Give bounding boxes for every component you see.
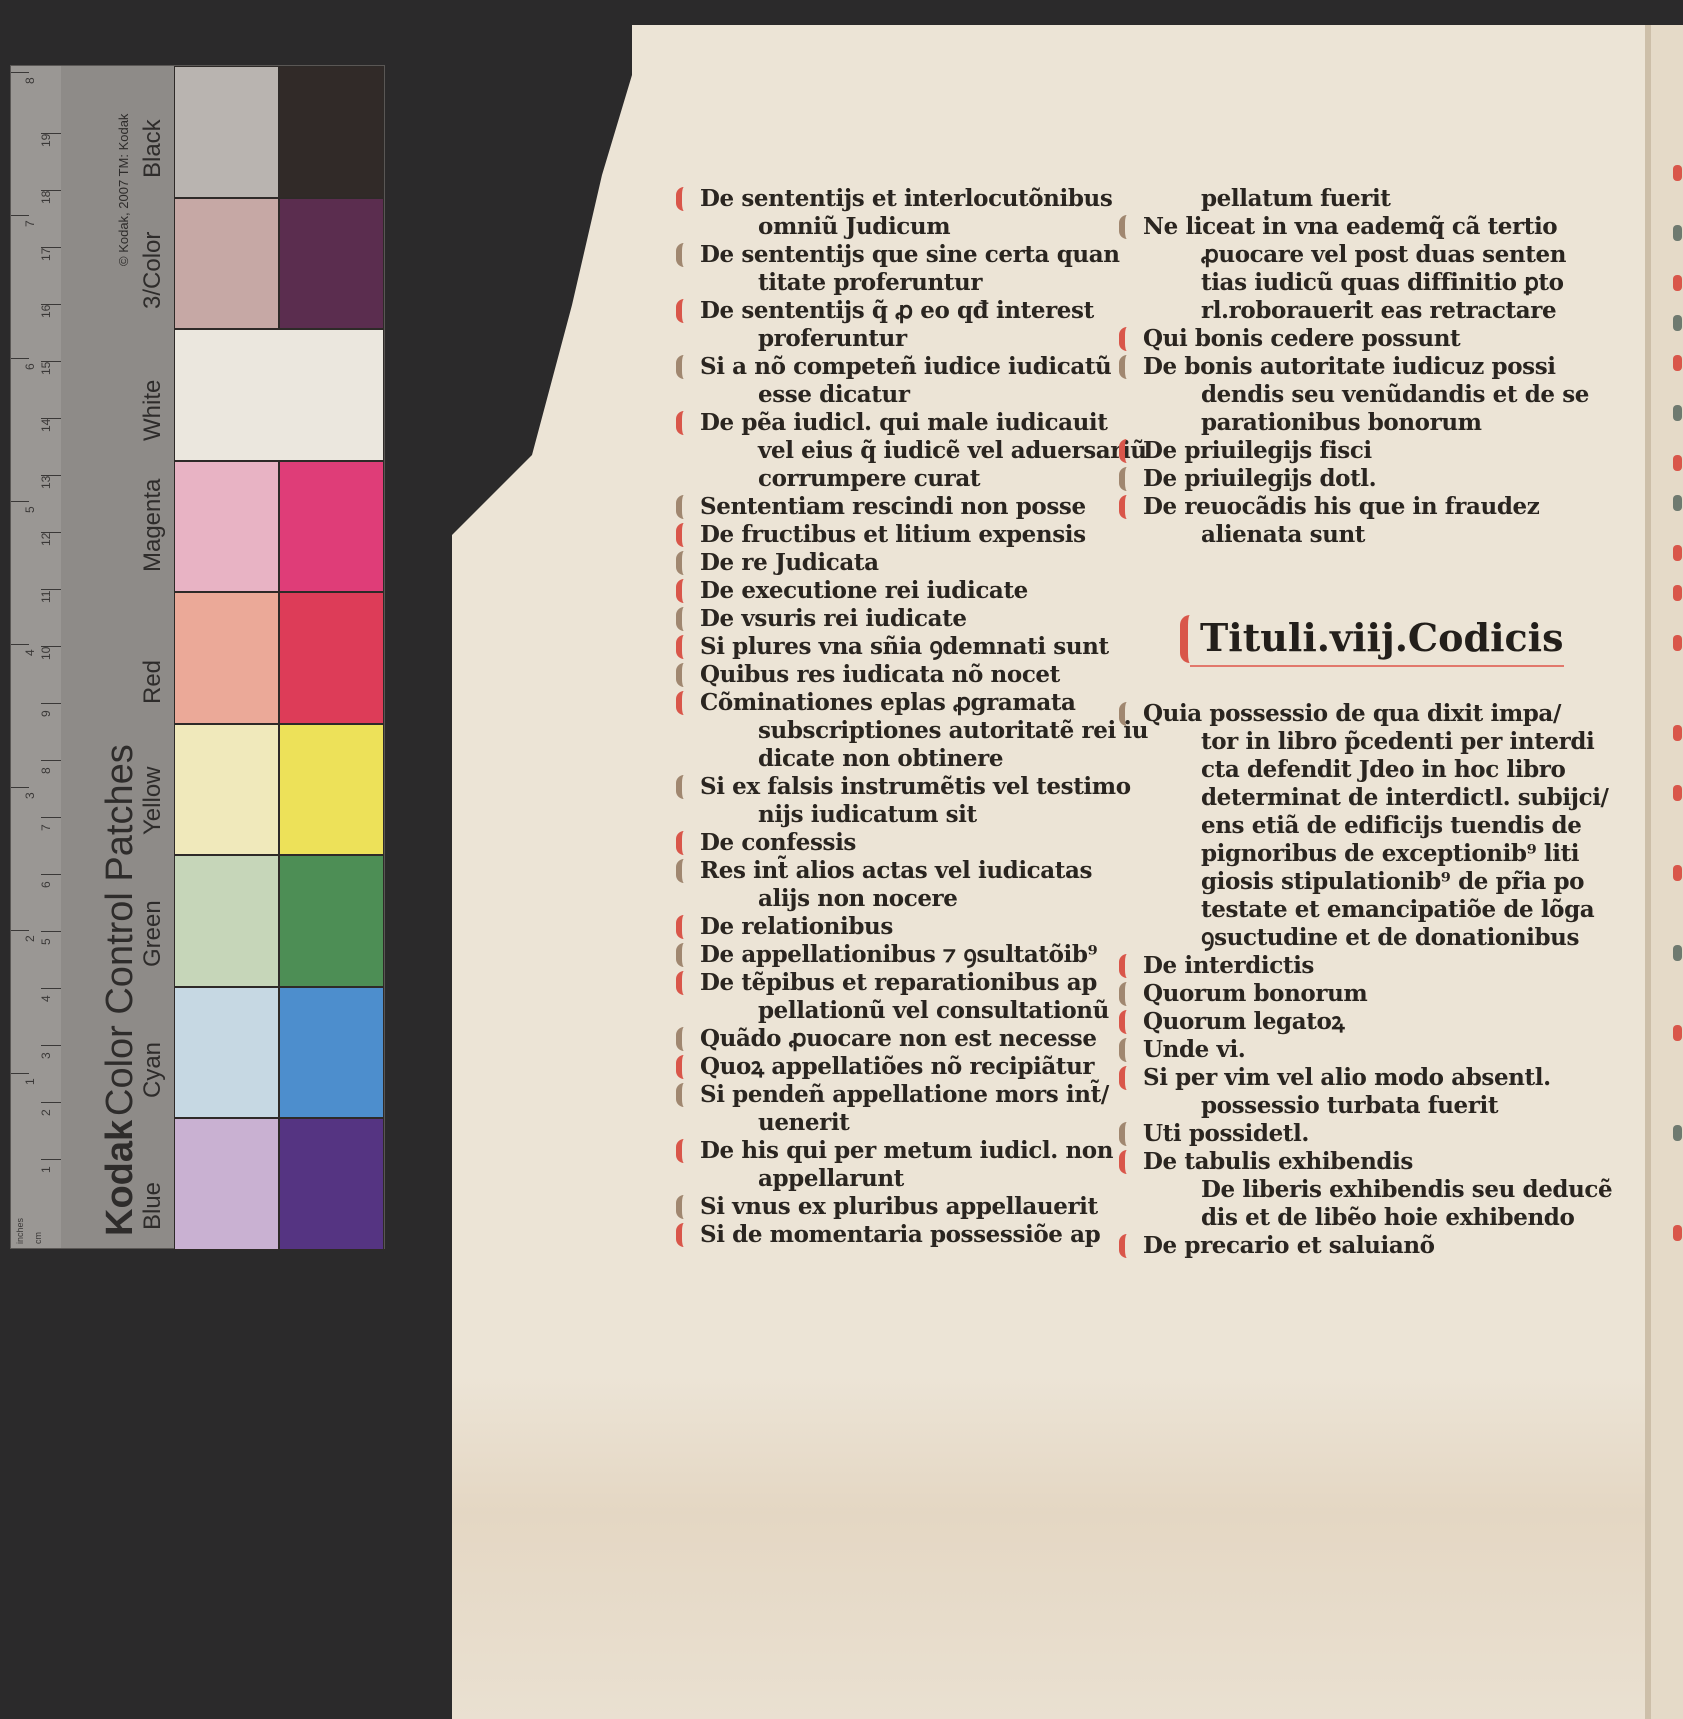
entry-continuation: vel eius q̃ iudicẽ vel aduersariũ (700, 437, 1100, 465)
toc-entry: De reuocãdis his que in fraudezalienata … (1143, 493, 1543, 549)
ruler: 1234567891011121314151617181912345678inc… (11, 66, 62, 1248)
entry-title: Si vnus ex pluribus appellauerit (700, 1193, 1100, 1221)
toc-entry: Si de momentaria possessiõe ap (700, 1221, 1100, 1249)
cm-tick (41, 874, 61, 875)
toc-entry: De appellationibus ⁊ ꝯsultatõib⁹ (700, 941, 1100, 969)
rubric-mark (1673, 225, 1682, 241)
patch-red-light (174, 592, 279, 724)
entry-title: De reuocãdis his que in fraudez (1143, 493, 1543, 521)
entry-continuation: tor in libro p̃cedenti per interdi (1143, 728, 1543, 756)
entry-title: De relationibus (700, 913, 1100, 941)
toc-entry: pellatum fuerit (1143, 185, 1543, 213)
toc-entry: Quoꝝ appellatiões nõ recipiãtur (700, 1053, 1100, 1081)
pilcrow-icon (1119, 1150, 1133, 1174)
pilcrow-icon (676, 1223, 690, 1247)
toc-entry: De vsuris rei iudicate (700, 605, 1100, 633)
entry-continuation: alienata sunt (1143, 521, 1543, 549)
toc-entry: De precario et saluianõ (1143, 1232, 1543, 1260)
cm-tick-label: 11 (39, 591, 53, 603)
toc-entry: De sententijs que sine certa quantitate … (700, 241, 1100, 297)
inch-tick-label: 5 (23, 506, 37, 513)
cm-tick (41, 760, 61, 761)
toc-entry: Si ex falsis instrumẽtis vel testimonijs… (700, 773, 1100, 829)
inch-tick-label: 7 (23, 220, 37, 227)
patch-3-color-dark (279, 198, 384, 330)
pilcrow-icon (676, 635, 690, 659)
rubric-mark (1673, 725, 1682, 741)
patch-3-color-light (174, 198, 279, 330)
pilcrow-icon (676, 971, 690, 995)
rubric-mark (1673, 455, 1682, 471)
toc-entry: De tẽpibus et reparationibus appellation… (700, 969, 1100, 1025)
cm-tick (41, 1045, 61, 1046)
entry-title: De pẽa iudicl. qui male iudicauit (700, 409, 1100, 437)
pilcrow-icon (676, 579, 690, 603)
entry-title: Qui bonis cedere possunt (1143, 325, 1543, 353)
rubric-mark (1673, 585, 1682, 601)
entry-continuation: pignoribus de exceptionib⁹ liti (1143, 840, 1543, 868)
toc-entry: De tabulis exhibendis (1143, 1148, 1543, 1176)
pilcrow-icon (1119, 355, 1133, 379)
toc-entry: Si pendeñ appellatione mors int̃/uenerit (700, 1081, 1100, 1137)
entry-continuation: subscriptiones autoritatẽ rei iu (700, 717, 1100, 745)
entry-title: De liberis exhibendis seu deducẽ (1143, 1176, 1543, 1204)
entry-title: Quorum bonorum (1143, 980, 1543, 1008)
adjacent-page-edge (1651, 25, 1683, 1719)
toc-entry: Quorum legatoꝝ (1143, 1008, 1543, 1036)
inch-tick-label: 3 (23, 792, 37, 799)
toc-entry: De interdictis (1143, 952, 1543, 980)
patch-black-dark (279, 66, 384, 198)
entry-title: Quoꝝ appellatiões nõ recipiãtur (700, 1053, 1100, 1081)
pilcrow-icon (676, 243, 690, 267)
toc-entry: De re Judicata (700, 549, 1100, 577)
entry-continuation: giosis stipulationib⁹ de pr̃ia po (1143, 868, 1543, 896)
patch-label: Yellow (139, 767, 167, 836)
rubric-mark (1673, 545, 1682, 561)
entry-continuation: appellarunt (700, 1165, 1100, 1193)
cm-tick-label: 2 (39, 1109, 53, 1116)
entry-continuation: esse dicatur (700, 381, 1100, 409)
patch-label: Red (139, 659, 167, 703)
patch-label: Black (139, 119, 167, 178)
entry-title: De bonis autoritate iudicuz possi (1143, 353, 1543, 381)
pilcrow-icon (676, 1139, 690, 1163)
rubric-mark (1673, 785, 1682, 801)
pilcrow-icon (1119, 1234, 1133, 1258)
entry-title: Si per vim vel alio modo absentl. (1143, 1064, 1543, 1092)
pilcrow-icon (676, 859, 690, 883)
pilcrow-icon (676, 691, 690, 715)
entry-title: De appellationibus ⁊ ꝯsultatõib⁹ (700, 941, 1100, 969)
pilcrow-icon (1119, 1066, 1133, 1090)
pilcrow-icon (1119, 215, 1133, 239)
patch-label: Magenta (139, 479, 167, 572)
toc-entry: De sententijs q̃ ꝓ eo qđ interestproferu… (700, 297, 1100, 353)
toc-entry: De priuilegijs fisci (1143, 437, 1543, 465)
pilcrow-icon (1119, 1010, 1133, 1034)
inch-tick (11, 644, 29, 645)
entry-title: Ne liceat in vna eademq̃ cã tertio (1143, 213, 1543, 241)
inch-tick (11, 215, 29, 216)
rubric-mark (1673, 315, 1682, 331)
pilcrow-icon (1119, 1122, 1133, 1146)
entry-continuation: ens etiã de edificijs tuendis de (1143, 812, 1543, 840)
entry-title: Res int̃ alios actas vel iudicatas (700, 857, 1100, 885)
toc-entry: Sententiam rescindi non posse (700, 493, 1100, 521)
kodak-color-target: 1234567891011121314151617181912345678inc… (10, 65, 385, 1249)
entry-title: Si ex falsis instrumẽtis vel testimo (700, 773, 1100, 801)
entry-title: De sententijs que sine certa quan (700, 241, 1100, 269)
cm-tick (41, 988, 61, 989)
toc-entry: Si per vim vel alio modo absentl.possess… (1143, 1064, 1543, 1120)
pilcrow-icon (676, 915, 690, 939)
cm-tick-label: 7 (39, 824, 53, 831)
entry-title: Cõminationes eplas ꝓgramata (700, 689, 1100, 717)
target-title: Color Control Patches (99, 744, 142, 1116)
entry-continuation: rl.roborauerit eas retractare (1143, 297, 1543, 325)
entry-title: Sententiam rescindi non posse (700, 493, 1100, 521)
entry-title: Si pendeñ appellatione mors int̃/ (700, 1081, 1100, 1109)
toc-entry: Res int̃ alios actas vel iudicatasalijs … (700, 857, 1100, 913)
toc-entry: Unde vi. (1143, 1036, 1543, 1064)
toc-entry: Quorum bonorum (1143, 980, 1543, 1008)
patch-label: White (139, 379, 167, 440)
rubric-mark (1673, 945, 1682, 961)
cm-tick-label: 12 (39, 533, 53, 546)
entry-title: Uti possidetl. (1143, 1120, 1543, 1148)
pilcrow-icon (676, 1195, 690, 1219)
patch-blue-dark (279, 1118, 384, 1250)
entry-continuation: titate proferuntur (700, 269, 1100, 297)
cm-tick (41, 1102, 61, 1103)
entry-title: De executione rei iudicate (700, 577, 1100, 605)
entry-continuation: dicate non obtinere (700, 745, 1100, 773)
toc-entry: Quibus res iudicata nõ nocet (700, 661, 1100, 689)
ruler-unit-label: inches (15, 1218, 25, 1244)
pilcrow-icon (1119, 1038, 1133, 1062)
pilcrow-icon (1119, 495, 1133, 519)
cm-tick-label: 1 (39, 1166, 53, 1173)
inch-tick-label: 2 (23, 935, 37, 942)
entry-continuation: nijs iudicatum sit (700, 801, 1100, 829)
entry-title: Unde vi. (1143, 1036, 1543, 1064)
toc-entry: De fructibus et litium expensis (700, 521, 1100, 549)
cm-tick-label: 18 (39, 191, 53, 204)
inch-tick (11, 787, 29, 788)
cm-tick-label: 10 (39, 647, 53, 660)
entry-title: De re Judicata (700, 549, 1100, 577)
entry-title: De precario et saluianõ (1143, 1232, 1543, 1260)
toc-entry: De bonis autoritate iudicuz possidendis … (1143, 353, 1543, 437)
toc-entry: Uti possidetl. (1143, 1120, 1543, 1148)
pilcrow-icon (1119, 327, 1133, 351)
toc-entry: De relationibus (700, 913, 1100, 941)
pilcrow-icon (676, 1027, 690, 1051)
patch-green-light (174, 855, 279, 987)
toc-entry: De executione rei iudicate (700, 577, 1100, 605)
pilcrow-icon (1119, 467, 1133, 491)
cm-tick (41, 931, 61, 932)
right-column-top: pellatum fueritNe liceat in vna eademq̃ … (1143, 185, 1543, 549)
entry-continuation: testate et emancipatiõe de lõga (1143, 896, 1543, 924)
ruler-unit-label: cm (33, 1232, 43, 1244)
entry-title: Si de momentaria possessiõe ap (700, 1221, 1100, 1249)
entry-continuation: uenerit (700, 1109, 1100, 1137)
pilcrow-icon (1119, 439, 1133, 463)
patch-red-dark (279, 592, 384, 724)
cm-tick-label: 19 (39, 134, 53, 147)
cm-tick-label: 13 (39, 476, 53, 489)
inch-tick (11, 72, 29, 73)
toc-entry: Qui bonis cedere possunt (1143, 325, 1543, 353)
pilcrow-icon (1119, 702, 1133, 726)
entry-continuation: ꝓuocare vel post duas senten (1143, 241, 1543, 269)
entry-continuation: dis et de libẽo hoie exhibendo (1143, 1204, 1543, 1232)
entry-title: De interdictis (1143, 952, 1543, 980)
pilcrow-icon (676, 523, 690, 547)
pilcrow-icon (676, 1083, 690, 1107)
pilcrow-icon (1119, 954, 1133, 978)
patch-yellow-dark (279, 724, 384, 856)
cm-tick-label: 6 (39, 881, 53, 888)
cm-tick-label: 8 (39, 767, 53, 774)
cm-tick (41, 817, 61, 818)
rubric-mark (1673, 865, 1682, 881)
pilcrow-icon (676, 943, 690, 967)
cm-tick-label: 16 (39, 305, 53, 318)
rubric-mark (1673, 1025, 1682, 1041)
patch-label: Blue (139, 1181, 167, 1229)
toc-entry: Si a nõ competeñ iudice iudicatũesse dic… (700, 353, 1100, 409)
cm-tick-label: 14 (39, 419, 53, 432)
pilcrow-icon (1119, 982, 1133, 1006)
pilcrow-icon (676, 355, 690, 379)
patch-white (174, 329, 384, 461)
entry-continuation: proferuntur (700, 325, 1100, 353)
cm-tick-label: 5 (39, 938, 53, 945)
toc-entry: Si plures vna sñia ꝯdemnati sunt (700, 633, 1100, 661)
entry-title: De fructibus et litium expensis (700, 521, 1100, 549)
inch-tick-label: 6 (23, 363, 37, 370)
toc-entry: De confessis (700, 829, 1100, 857)
inch-tick-label: 4 (23, 649, 37, 656)
rubric-mark (1673, 495, 1682, 511)
rubric-mark (1673, 275, 1682, 291)
inch-tick-label: 8 (23, 77, 37, 84)
toc-entry: Quãdo ꝓuocare non est necesse (700, 1025, 1100, 1053)
rubric-mark (1673, 355, 1682, 371)
entry-title: De his qui per metum iudicl. non (700, 1137, 1100, 1165)
pilcrow-icon (676, 187, 690, 211)
entry-continuation: alijs non nocere (700, 885, 1100, 913)
toc-entry: Quia possessio de qua dixit impa/tor in … (1143, 700, 1543, 952)
patch-yellow-light (174, 724, 279, 856)
entry-continuation: tias iudicũ quas diffinitio ꝑto (1143, 269, 1543, 297)
entry-continuation: omniũ Judicum (700, 213, 1100, 241)
entry-continuation: corrumpere curat (700, 465, 1100, 493)
water-stain (452, 1375, 1652, 1719)
pilcrow-icon (676, 299, 690, 323)
entry-title: Quia possessio de qua dixit impa/ (1143, 700, 1543, 728)
cm-tick-label: 4 (39, 995, 53, 1002)
patch-label: 3/Color (139, 232, 167, 309)
toc-entry: De sententijs et interlocutõnibusomniũ J… (700, 185, 1100, 241)
rubric-mark (1673, 1125, 1682, 1141)
entry-title: De confessis (700, 829, 1100, 857)
toc-entry: De pẽa iudicl. qui male iudicauitvel eiu… (700, 409, 1100, 493)
toc-entry: Ne liceat in vna eademq̃ cã tertioꝓuocar… (1143, 213, 1543, 325)
pilcrow-icon (676, 495, 690, 519)
entry-title: De sententijs et interlocutõnibus (700, 185, 1100, 213)
pilcrow-icon (676, 775, 690, 799)
toc-entry: De liberis exhibendis seu deducẽdis et d… (1143, 1176, 1543, 1232)
rubric-mark (1673, 1225, 1682, 1241)
entry-title: Quorum legatoꝝ (1143, 1008, 1543, 1036)
patch-label: Cyan (139, 1042, 167, 1098)
copyright-text: © Kodak, 2007 TM: Kodak (116, 114, 131, 266)
entry-title: Quibus res iudicata nõ nocet (700, 661, 1100, 689)
entry-title: Si plures vna sñia ꝯdemnati sunt (700, 633, 1100, 661)
pilcrow-icon (676, 551, 690, 575)
entry-title: Quãdo ꝓuocare non est necesse (700, 1025, 1100, 1053)
entry-continuation: ꝯsuctudine et de donationibus (1143, 924, 1543, 952)
entry-title: De priuilegijs fisci (1143, 437, 1543, 465)
entry-title: De sententijs q̃ ꝓ eo qđ interest (700, 297, 1100, 325)
cm-tick-label: 17 (39, 248, 53, 261)
patch-green-dark (279, 855, 384, 987)
pilcrow-icon (676, 831, 690, 855)
left-column: De sententijs et interlocutõnibusomniũ J… (700, 185, 1100, 1249)
entry-continuation: pellationũ vel consultationũ (700, 997, 1100, 1025)
entry-title: pellatum fuerit (1143, 185, 1543, 213)
entry-continuation: cta defendit Jdeo in hoc libro (1143, 756, 1543, 784)
toc-entry: De priuilegijs dotl. (1143, 465, 1543, 493)
cm-tick-label: 15 (39, 362, 53, 375)
patch-cyan-dark (279, 987, 384, 1119)
entry-title: De vsuris rei iudicate (700, 605, 1100, 633)
right-column-bottom: Quia possessio de qua dixit impa/tor in … (1143, 700, 1543, 1260)
pilcrow-icon (676, 663, 690, 687)
entry-continuation: determinat de interdictl. subijci/ (1143, 784, 1543, 812)
pilcrow-icon (676, 411, 690, 435)
patch-blue-light (174, 1118, 279, 1250)
inch-tick-label: 1 (23, 1078, 37, 1085)
inch-tick (11, 1073, 29, 1074)
inch-tick (11, 930, 29, 931)
section-heading: Tituli.viij.Codicis (1190, 615, 1564, 667)
entry-continuation: possessio turbata fuerit (1143, 1092, 1543, 1120)
inch-tick (11, 358, 29, 359)
cm-tick (41, 1159, 61, 1160)
patch-cyan-light (174, 987, 279, 1119)
toc-entry: Si vnus ex pluribus appellauerit (700, 1193, 1100, 1221)
entry-continuation: parationibus bonorum (1143, 409, 1543, 437)
entry-title: De priuilegijs dotl. (1143, 465, 1543, 493)
patch-magenta-dark (279, 461, 384, 593)
cm-tick (41, 703, 61, 704)
toc-entry: De his qui per metum iudicl. nonappellar… (700, 1137, 1100, 1193)
entry-continuation: dendis seu venũdandis et de se (1143, 381, 1543, 409)
entry-title: De tabulis exhibendis (1143, 1148, 1543, 1176)
toc-entry: Cõminationes eplas ꝓgramatasubscriptione… (700, 689, 1100, 773)
pilcrow-icon (676, 1055, 690, 1079)
rubric-mark (1673, 165, 1682, 181)
inch-tick (11, 501, 29, 502)
rubric-mark (1673, 635, 1682, 651)
cm-tick-label: 3 (39, 1052, 53, 1059)
pilcrow-icon (676, 607, 690, 631)
entry-title: De tẽpibus et reparationibus ap (700, 969, 1100, 997)
kodak-brand: Kodak (99, 1120, 142, 1236)
cm-tick-label: 9 (39, 710, 53, 717)
rubric-mark (1673, 405, 1682, 421)
patch-magenta-light (174, 461, 279, 593)
patch-black-light (174, 66, 279, 198)
entry-title: Si a nõ competeñ iudice iudicatũ (700, 353, 1100, 381)
patch-label: Green (139, 900, 167, 967)
